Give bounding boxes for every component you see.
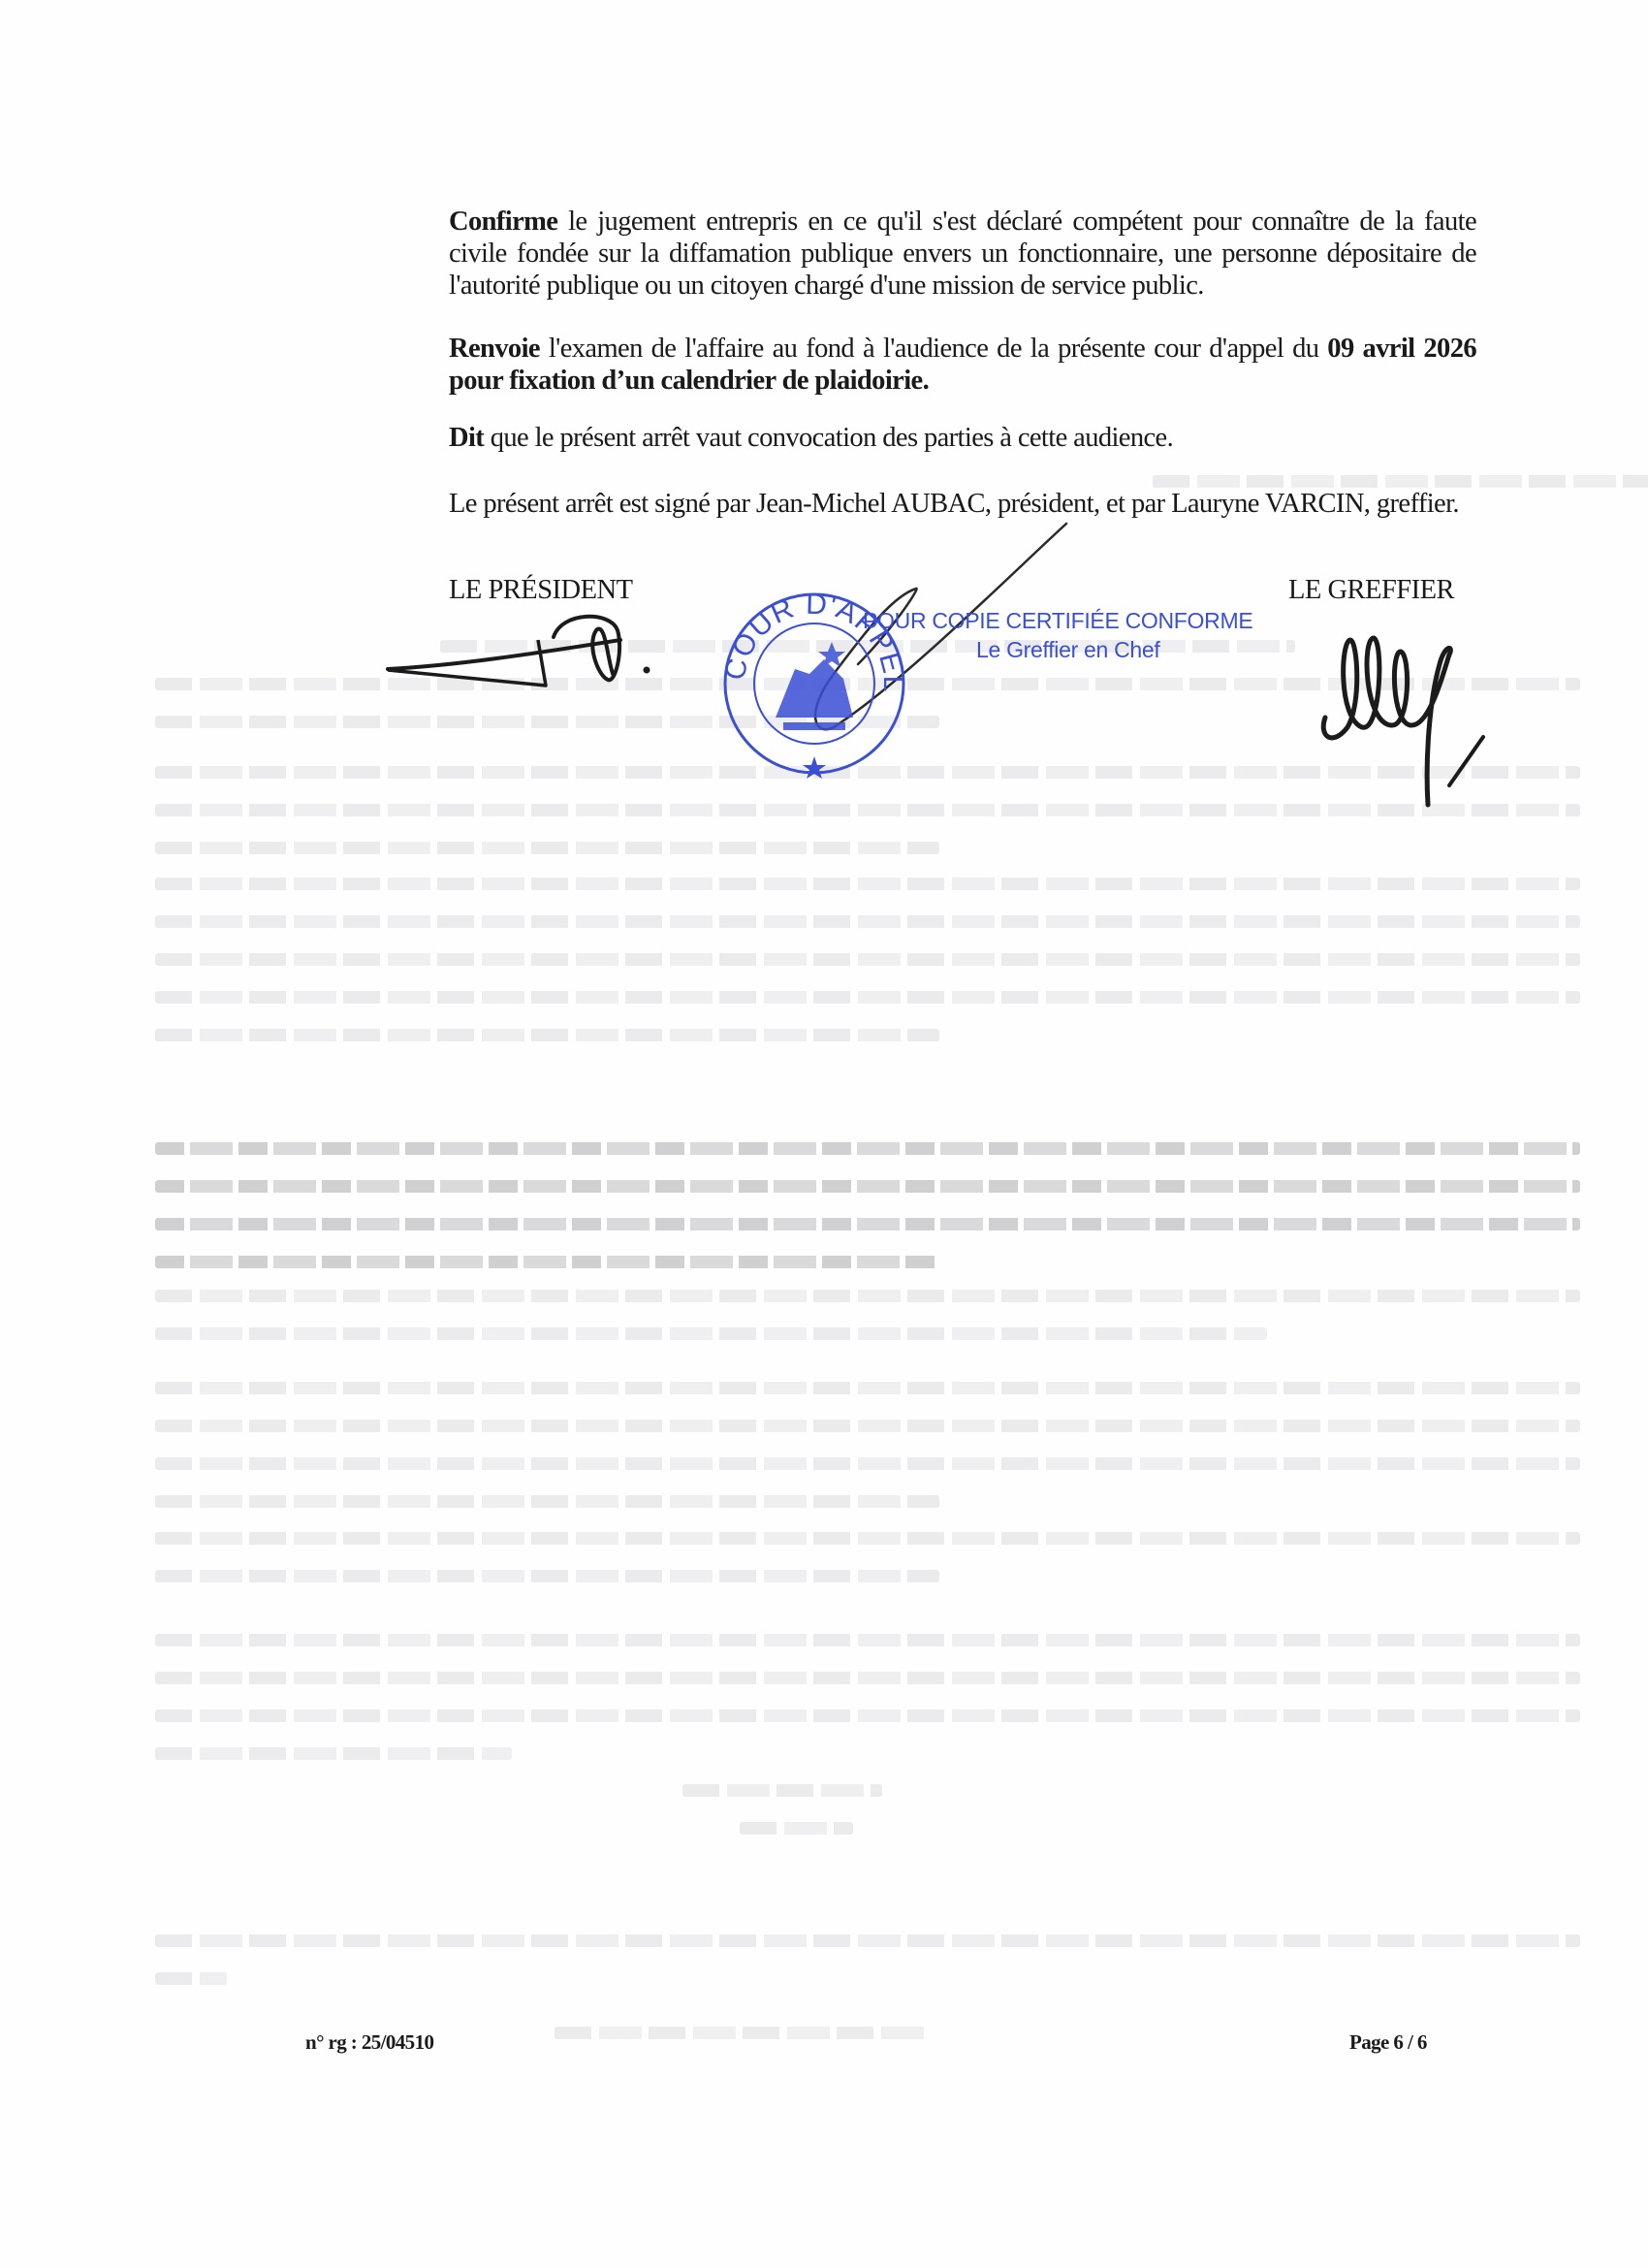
paragraph-signature-statement: Le présent arrêt est signé par Jean-Mich… [449, 488, 1476, 520]
paragraph-lead: Renvoie [449, 334, 540, 364]
bleed-through-text [155, 1382, 1580, 1533]
bleed-through-text [155, 878, 1580, 1067]
paragraph-body: Le présent arrêt est signé par Jean-Mich… [449, 489, 1459, 519]
document-page: Confirme le jugement entrepris en ce qu'… [0, 0, 1648, 2268]
stamp-greffier-en-chef-text: Le Greffier en Chef [976, 637, 1160, 663]
bleed-through-text [155, 1934, 1580, 2010]
paragraph-dit: Dit que le présent arrêt vaut convocatio… [449, 422, 1476, 454]
president-signature [383, 606, 674, 713]
paragraph-confirme: Confirme le jugement entrepris en ce qu'… [449, 206, 1476, 302]
bleed-through-text [155, 1532, 1580, 1608]
greffier-label: LE GREFFIER [1288, 575, 1454, 606]
paragraph-body: l'examen de l'affaire au fond à l'audien… [540, 334, 1327, 364]
greffier-signature [1314, 611, 1527, 824]
paragraph-lead: Confirme [449, 207, 557, 237]
page-number: Page 6 / 6 [1349, 2030, 1427, 2055]
bleed-through-text [155, 1634, 1580, 1785]
paragraph-body: que le présent arrêt vaut convocation de… [484, 423, 1173, 453]
president-label: LE PRÉSIDENT [449, 575, 633, 606]
paragraph-lead: Dit [449, 423, 484, 453]
paragraph-body: le jugement entrepris en ce qu'il s'est … [449, 207, 1476, 301]
bleed-through-text [155, 1142, 1580, 1294]
paragraph-renvoie: Renvoie l'examen de l'affaire au fond à … [449, 333, 1476, 397]
bleed-through-text [155, 1784, 1580, 1860]
case-number: n° rg : 25/04510 [305, 2030, 433, 2055]
stamp-certified-copy-text: POUR COPIE CERTIFIÉE CONFORME [863, 608, 1252, 634]
bleed-through-text [155, 1290, 1580, 1365]
